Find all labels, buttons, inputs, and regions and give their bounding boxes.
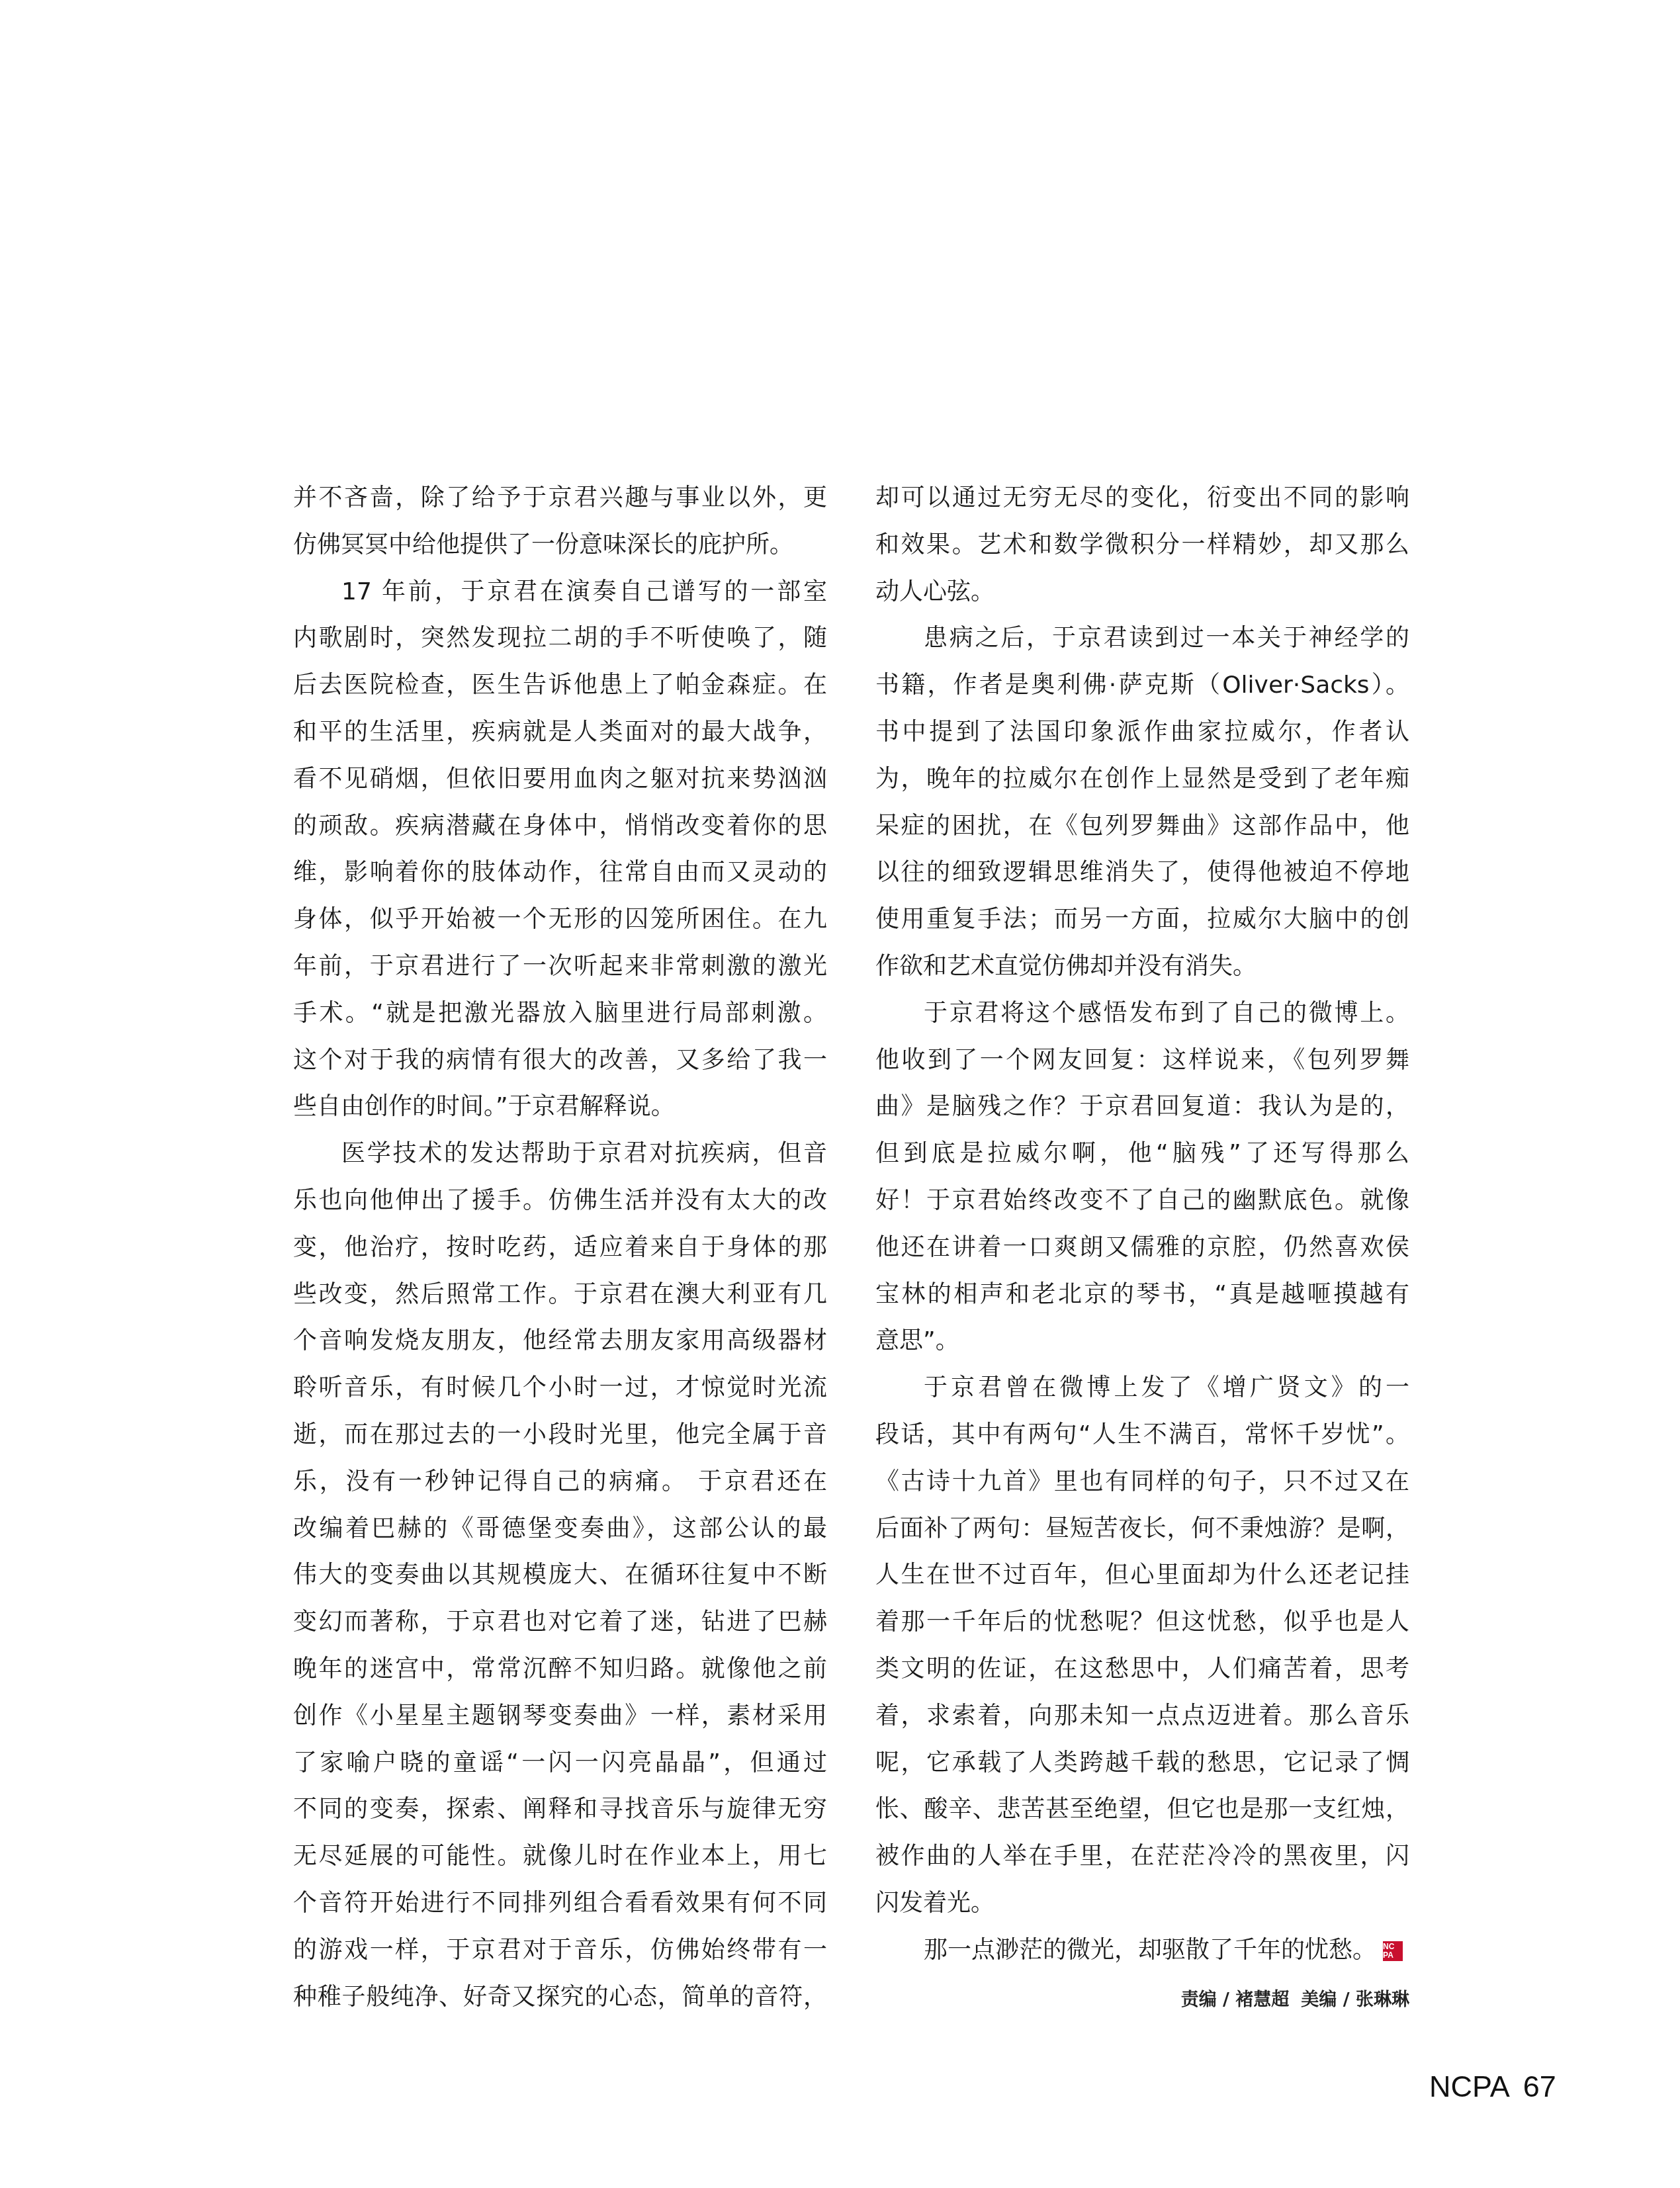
article-text-line: 无尽延展的可能性。就像儿时在作业本上，用七 (293, 1841, 827, 1888)
article-text-line: 他收到了一个网友回复：这样说来，《包列罗舞 (875, 1045, 1409, 1092)
article-text-line: 内歌剧时，突然发现拉二胡的手不听使唤了，随 (293, 623, 827, 670)
article-text-line: 手术。“就是把激光器放入脑里进行局部刺激。 (293, 998, 827, 1045)
article-text-line: 曲》是脑残之作？于京君回复道：我认为是的， (875, 1092, 1409, 1139)
article-text-line: 的游戏一样，于京君对于音乐，仿佛始终带有一 (293, 1935, 827, 1982)
closing-line: 那一点渺茫的微光，却驱散了千年的忧愁。NCPA (875, 1935, 1409, 1982)
article-text-line: 看不见硝烟，但依旧要用血肉之躯对抗来势汹汹 (293, 764, 827, 811)
article-text-line: 些改变，然后照常工作。于京君在澳大利亚有几 (293, 1280, 827, 1327)
article-text-line: 了家喻户晓的童谣“一闪一闪亮晶晶”，但通过 (293, 1748, 827, 1795)
page-number: 67 (1523, 2070, 1556, 2103)
article-text-line: 个音响发烧友朋友，他经常去朋友家用高级器材 (293, 1326, 827, 1373)
article-text-line: 后面补了两句：昼短苦夜长，何不秉烛游？是啊， (875, 1514, 1409, 1561)
article-text-line: 好！于京君始终改变不了自己的幽默底色。就像 (875, 1186, 1409, 1233)
article-text-line: 年前，于京君进行了一次听起来非常刺激的激光 (293, 951, 827, 998)
article-text-line: 段话，其中有两句“人生不满百，常怀千岁忧”。 (875, 1420, 1409, 1467)
publication-name: NCPA (1429, 2070, 1510, 2103)
article-text-line: 后去医院检查，医生告诉他患上了帕金森症。在 (293, 670, 827, 717)
article-text-line: 个音符开始进行不同排列组合看看效果有何不同 (293, 1888, 827, 1935)
article-text-line: 宝林的相声和老北京的琴书，“真是越咂摸越有 (875, 1280, 1409, 1327)
article-text-line: 作欲和艺术直觉仿佛却并没有消失。 (875, 951, 1409, 998)
article-text-line: 呆症的困扰，在《包列罗舞曲》这部作品中，他 (875, 811, 1409, 858)
closing-line-text: 那一点渺茫的微光，却驱散了千年的忧愁。 (924, 1937, 1376, 1964)
logo-line-2: PA (1383, 1951, 1403, 1960)
article-text-line: 医学技术的发达帮助于京君对抗疾病，但音 (293, 1139, 827, 1186)
article-text-line: 的顽敌。疾病潜藏在身体中，悄悄改变着你的思 (293, 811, 827, 858)
article-text-line: 书籍，作者是奥利佛·萨克斯（Oliver·Sacks）。 (875, 670, 1409, 717)
article-text-line: 仿佛冥冥中给他提供了一份意味深长的庇护所。 (293, 530, 827, 577)
article-text-line: 17 年前，于京君在演奏自己谱写的一部室 (293, 577, 827, 624)
article-text-line: 以往的细致逻辑思维消失了，使得他被迫不停地 (875, 857, 1409, 904)
article-text-line: 这个对于我的病情有很大的改善，又多给了我一 (293, 1045, 827, 1092)
article-text-line: 创作《小星星主题钢琴变奏曲》一样，素材采用 (293, 1701, 827, 1748)
credits-line: 责编 / 褚慧超美编 / 张琳琳 (1181, 1985, 1409, 2011)
article-text-line: 类文明的佐证，在这愁思中，人们痛苦着，思考 (875, 1654, 1409, 1701)
ncpa-logo-icon: NCPA (1383, 1941, 1403, 1961)
article-column-right: 却可以通过无穷无尽的变化，衍变出不同的影响和效果。艺术和数学微积分一样精妙，却又… (875, 483, 1409, 1982)
article-text-line: 着那一千年后的忧愁呢？但这忧愁，似乎也是人 (875, 1607, 1409, 1654)
article-text-line: 于京君曾在微博上发了《增广贤文》的一 (875, 1373, 1409, 1420)
article-text-line: 《古诗十九首》里也有同样的句子，只不过又在 (875, 1467, 1409, 1514)
article-text-line: 些自由创作的时间。”于京君解释说。 (293, 1092, 827, 1139)
article-text-line: 怅、酸辛、悲苦甚至绝望，但它也是那一支红烛， (875, 1794, 1409, 1841)
article-text-line: 患病之后，于京君读到过一本关于神经学的 (875, 623, 1409, 670)
article-text-line: 着，求索着，向那未知一点点迈进着。那么音乐 (875, 1701, 1409, 1748)
page-folio: NCPA67 (1429, 2070, 1556, 2104)
article-text-line: 被作曲的人举在手里，在茫茫冷冷的黑夜里，闪 (875, 1841, 1409, 1888)
article-text-line: 和效果。艺术和数学微积分一样精妙，却又那么 (875, 530, 1409, 577)
article-text-line: 逝，而在那过去的一小段时光里，他完全属于音 (293, 1420, 827, 1467)
article-column-left: 并不吝啬，除了给予于京君兴趣与事业以外，更仿佛冥冥中给他提供了一份意味深长的庇护… (293, 483, 827, 2029)
article-text-line: 身体，似乎开始被一个无形的囚笼所困住。在九 (293, 904, 827, 951)
article-text-line: 晚年的迷宫中，常常沉醉不知归路。就像他之前 (293, 1654, 827, 1701)
article-text-line: 意思”。 (875, 1326, 1409, 1373)
article-text-line: 变幻而著称，于京君也对它着了迷，钻进了巴赫 (293, 1607, 827, 1654)
article-text-line: 呢，它承载了人类跨越千载的愁思，它记录了惆 (875, 1748, 1409, 1795)
article-text-line: 书中提到了法国印象派作曲家拉威尔，作者认 (875, 717, 1409, 764)
article-text-line: 不同的变奏，探索、阐释和寻找音乐与旋律无穷 (293, 1794, 827, 1841)
article-text-line: 为，晚年的拉威尔在创作上显然是受到了老年痴 (875, 764, 1409, 811)
article-text-line: 乐也向他伸出了援手。仿佛生活并没有太大的改 (293, 1186, 827, 1233)
article-text-line: 却可以通过无穷无尽的变化，衍变出不同的影响 (875, 483, 1409, 530)
article-text-line: 于京君将这个感悟发布到了自己的微博上。 (875, 998, 1409, 1045)
article-text-line: 并不吝啬，除了给予于京君兴趣与事业以外，更 (293, 483, 827, 530)
logo-line-1: NC (1383, 1943, 1403, 1951)
article-text-line: 改编着巴赫的《哥德堡变奏曲》，这部公认的最 (293, 1514, 827, 1561)
designer-credit: 美编 / 张琳琳 (1301, 1990, 1409, 2010)
article-text-line: 但到底是拉威尔啊，他“脑残”了还写得那么 (875, 1139, 1409, 1186)
article-text-line: 聆听音乐，有时候几个小时一过，才惊觉时光流 (293, 1373, 827, 1420)
article-text-line: 乐，没有一秒钟记得自己的病痛。 于京君还在 (293, 1467, 827, 1514)
article-text-line: 闪发着光。 (875, 1888, 1409, 1935)
article-text-line: 种稚子般纯净、好奇又探究的心态，简单的音符， (293, 1982, 827, 2029)
article-text-line: 人生在世不过百年，但心里面却为什么还老记挂 (875, 1560, 1409, 1607)
article-text-line: 伟大的变奏曲以其规模庞大、在循环往复中不断 (293, 1560, 827, 1607)
article-text-line: 他还在讲着一口爽朗又儒雅的京腔，仍然喜欢侯 (875, 1233, 1409, 1280)
article-text-line: 变，他治疗，按时吃药，适应着来自于身体的那 (293, 1233, 827, 1280)
article-text-line: 和平的生活里，疾病就是人类面对的最大战争， (293, 717, 827, 764)
article-text-line: 动人心弦。 (875, 577, 1409, 624)
article-text-line: 使用重复手法；而另一方面，拉威尔大脑中的创 (875, 904, 1409, 951)
editor-credit: 责编 / 褚慧超 (1181, 1990, 1290, 2010)
article-text-line: 维，影响着你的肢体动作，往常自由而又灵动的 (293, 857, 827, 904)
